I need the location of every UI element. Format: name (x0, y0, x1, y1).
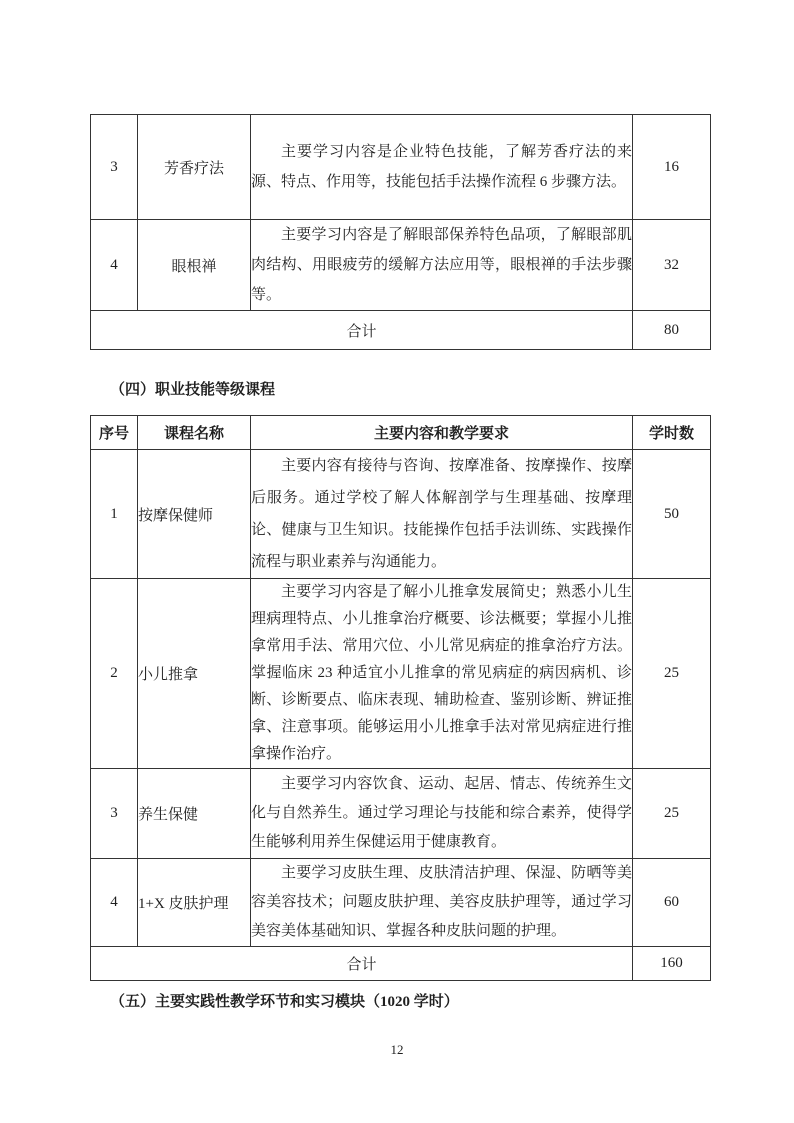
course-content-cell: 主要学习皮肤生理、皮肤清洁护理、保湿、防晒等美容美容技术；问题皮肤护理、美容皮肤… (251, 859, 633, 947)
table-row: 4 眼根禅 主要学习内容是了解眼部保养特色品项，了解眼部肌肉结构、用眼疲劳的缓解… (91, 220, 711, 311)
header-cell-content: 主要内容和教学要求 (251, 416, 633, 450)
total-row: 合计 160 (91, 947, 711, 981)
total-hours-cell: 160 (633, 947, 711, 981)
total-label-cell: 合计 (91, 947, 633, 981)
continuation-course-table: 3 芳香疗法 主要学习内容是企业特色技能，了解芳香疗法的来源、特点、作用等，技能… (90, 114, 711, 350)
header-cell-no: 序号 (91, 416, 138, 450)
table-row: 1 按摩保健师 主要内容有接待与咨询、按摩准备、按摩操作、按摩后服务。通过学校了… (91, 450, 711, 579)
hours-cell: 50 (633, 450, 711, 579)
course-name-cell: 芳香疗法 (138, 115, 251, 220)
hours-cell: 32 (633, 220, 711, 311)
hours-cell: 25 (633, 769, 711, 859)
course-content-cell: 主要学习内容是企业特色技能，了解芳香疗法的来源、特点、作用等，技能包括手法操作流… (251, 115, 633, 220)
row-number-cell: 2 (91, 579, 138, 769)
course-name-cell: 按摩保健师 (138, 450, 251, 579)
course-content-cell: 主要学习内容是了解眼部保养特色品项，了解眼部肌肉结构、用眼疲劳的缓解方法应用等，… (251, 220, 633, 311)
course-content-cell: 主要学习内容是了解小儿推拿发展简史；熟悉小儿生理病理特点、小儿推拿治疗概要、诊法… (251, 579, 633, 769)
hours-cell: 16 (633, 115, 711, 220)
total-label-cell: 合计 (91, 311, 633, 350)
row-number-cell: 4 (91, 859, 138, 947)
table-row: 3 芳香疗法 主要学习内容是企业特色技能，了解芳香疗法的来源、特点、作用等，技能… (91, 115, 711, 220)
total-hours-cell: 80 (633, 311, 711, 350)
header-cell-hours: 学时数 (633, 416, 711, 450)
section-heading-4: （四）职业技能等级课程 (110, 379, 275, 401)
table-header-row: 序号 课程名称 主要内容和教学要求 学时数 (91, 416, 711, 450)
course-name-cell: 眼根禅 (138, 220, 251, 311)
hours-cell: 25 (633, 579, 711, 769)
vocational-course-table: 序号 课程名称 主要内容和教学要求 学时数 1 按摩保健师 主要内容有接待与咨询… (90, 415, 711, 981)
table-row: 4 1+X 皮肤护理 主要学习皮肤生理、皮肤清洁护理、保湿、防晒等美容美容技术；… (91, 859, 711, 947)
section-heading-5: （五）主要实践性教学环节和实习模块（1020 学时） (110, 991, 459, 1013)
course-name-cell: 小儿推拿 (138, 579, 251, 769)
row-number-cell: 1 (91, 450, 138, 579)
document-page: 3 芳香疗法 主要学习内容是企业特色技能，了解芳香疗法的来源、特点、作用等，技能… (0, 0, 794, 1123)
total-row: 合计 80 (91, 311, 711, 350)
table-row: 2 小儿推拿 主要学习内容是了解小儿推拿发展简史；熟悉小儿生理病理特点、小儿推拿… (91, 579, 711, 769)
table-row: 3 养生保健 主要学习内容饮食、运动、起居、情志、传统养生文化与自然养生。通过学… (91, 769, 711, 859)
header-cell-course: 课程名称 (138, 416, 251, 450)
course-name-cell: 1+X 皮肤护理 (138, 859, 251, 947)
course-content-cell: 主要学习内容饮食、运动、起居、情志、传统养生文化与自然养生。通过学习理论与技能和… (251, 769, 633, 859)
page-number: 12 (0, 1042, 794, 1058)
row-number-cell: 4 (91, 220, 138, 311)
course-content-cell: 主要内容有接待与咨询、按摩准备、按摩操作、按摩后服务。通过学校了解人体解剖学与生… (251, 450, 633, 579)
hours-cell: 60 (633, 859, 711, 947)
row-number-cell: 3 (91, 769, 138, 859)
course-name-cell: 养生保健 (138, 769, 251, 859)
row-number-cell: 3 (91, 115, 138, 220)
